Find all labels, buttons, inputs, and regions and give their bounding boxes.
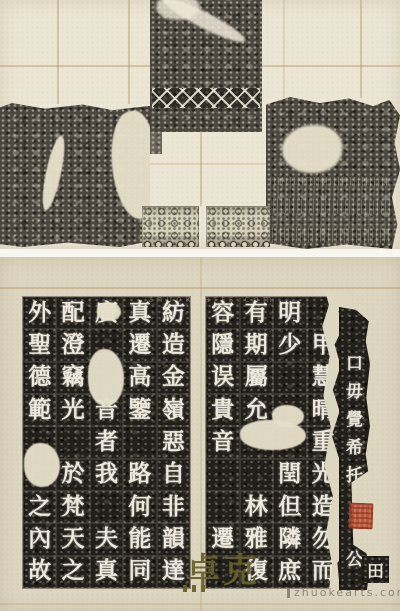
- glyph-cell: 隣: [273, 523, 307, 555]
- glyph-cell: [123, 426, 156, 458]
- glyph-cell: 嶺: [157, 394, 190, 426]
- watermark-logo: 卓克: [186, 554, 260, 588]
- fold-line: [128, 0, 130, 104]
- glyph-cell: 造: [157, 329, 190, 361]
- glyph-cell: [240, 459, 274, 491]
- glyph-cell: 梵: [56, 491, 89, 523]
- scroll-frieze-left: [142, 206, 199, 247]
- watermark-site-text: zhuokearts.com: [294, 586, 400, 599]
- glyph-cell: 光: [56, 394, 89, 426]
- glyph-cell: 故: [23, 556, 56, 588]
- glyph-cell: 閏: [273, 459, 307, 491]
- inscription-right-block: 容隱误貴音遷 有期屬允林雅復 明少閏但隣庶 甲慧晴重光造勿而: [206, 297, 340, 588]
- glyph-cell: 我: [90, 459, 123, 491]
- glyph-cell: 鑒: [123, 394, 156, 426]
- glyph-cell: 庶: [273, 556, 307, 588]
- glyph-cell: [206, 491, 240, 523]
- inscription-rubbing-sheet: zhuokearts.com 外聖德範之內故 配澄竊光於梵天之 廣音者我夫真 真…: [0, 257, 400, 611]
- glyph-cell: 澄: [56, 329, 89, 361]
- glyph-cell: 惡: [157, 426, 190, 458]
- glyph-cell: 期: [240, 329, 274, 361]
- sheet-separator: [0, 249, 400, 257]
- glyph-cell: 能: [123, 523, 156, 555]
- diamond-ornament-band: [152, 88, 260, 108]
- glyph-cell: 內: [23, 523, 56, 555]
- glyph-cell: 音: [206, 426, 240, 458]
- carved-drapery-texture: [270, 177, 390, 243]
- inscription-left-block: 外聖德範之內故 配澄竊光於梵天之 廣音者我夫真 真遷高鑒路何能同 紡造金嶺惡自非…: [23, 297, 190, 588]
- watermark-overlay-text: zhuokearts.com: [148, 295, 368, 305]
- damage-patch: [272, 405, 304, 427]
- glyph-cell: 少: [273, 329, 307, 361]
- collector-seal: [349, 503, 374, 530]
- fold-line: [283, 0, 285, 98]
- fold-line: [200, 128, 202, 206]
- fold-line: [148, 163, 270, 165]
- glyph-cell: 屬: [240, 362, 274, 394]
- glyph-cell: 貴: [206, 394, 240, 426]
- glyph-cell: 但: [273, 491, 307, 523]
- damage-spot: [282, 125, 342, 173]
- glyph-cell: 何: [123, 491, 156, 523]
- glyph-cell: 之: [56, 556, 89, 588]
- ink-fragment: 田: [362, 556, 389, 583]
- top-rubbing-sheet: [0, 0, 400, 249]
- glyph-cell: 竊: [56, 362, 89, 394]
- fold-line: [0, 603, 400, 605]
- arch-ornament-row: [206, 236, 270, 247]
- glyph-cell: 希: [339, 434, 370, 462]
- glyph-cell: 配: [56, 297, 89, 329]
- glyph-cell: 托: [339, 462, 370, 490]
- glyph-cell: 同: [123, 556, 156, 588]
- right-rubbing-block: [266, 97, 400, 249]
- glyph-cell: 高: [123, 362, 156, 394]
- glyph-cell: 之: [23, 491, 56, 523]
- glyph-column: 容隱误貴音遷: [206, 297, 240, 588]
- glyph-cell: 自: [157, 459, 190, 491]
- logo-glyphs: 卓克: [186, 554, 260, 588]
- glyph-column: 真遷高鑒路何能同: [123, 297, 156, 588]
- fold-line: [360, 0, 362, 98]
- glyph-cell: 夫: [90, 523, 123, 555]
- glyph-cell: 非: [157, 491, 190, 523]
- glyph-cell: 聖: [23, 329, 56, 361]
- glyph-cell: 天: [56, 523, 89, 555]
- left-rubbing-block: [0, 103, 150, 247]
- glyph-cell: 误: [206, 362, 240, 394]
- glyph-cell: 德: [23, 362, 56, 394]
- glyph-cell: 覺: [339, 406, 370, 434]
- glyph-column: 廣音者我夫真: [90, 297, 123, 588]
- glyph-cell: [90, 491, 123, 523]
- watermark-site: zhuokearts.com: [287, 586, 400, 599]
- glyph-cell: 口: [339, 350, 370, 378]
- glyph-cell: [273, 362, 307, 394]
- glyph-cell: 範: [23, 394, 56, 426]
- glyph-cell: 路: [123, 459, 156, 491]
- glyph-column: 配澄竊光於梵天之: [56, 297, 89, 588]
- damage-crack: [38, 134, 68, 211]
- glyph-cell: 隱: [206, 329, 240, 361]
- glyph-column: 紡造金嶺惡自非韻達: [157, 297, 190, 588]
- glyph-cell: 遷: [123, 329, 156, 361]
- glyph-cell: 者: [90, 426, 123, 458]
- damage-patch: [24, 443, 60, 487]
- glyph-cell: 金: [157, 362, 190, 394]
- stele-head-rubbing: [150, 0, 262, 132]
- glyph-cell: 外: [23, 297, 56, 329]
- glyph-cell: 毋: [339, 378, 370, 406]
- damage-patch: [88, 349, 124, 406]
- logo-ticks: [183, 585, 210, 592]
- fold-line: [57, 0, 59, 104]
- arch-ornament-row: [142, 236, 199, 247]
- damage-streak: [159, 0, 248, 48]
- glyph-cell: 真: [90, 556, 123, 588]
- scroll-frieze-right: [206, 206, 270, 247]
- rubbing-photo: zhuokearts.com 外聖德範之內故 配澄竊光於梵天之 廣音者我夫真 真…: [0, 0, 400, 611]
- torn-edge-column: 口毋覺希托公: [339, 307, 370, 590]
- glyph-cell: [206, 459, 240, 491]
- damage-patch: [97, 302, 121, 321]
- bar-icon: [287, 588, 290, 598]
- glyph-cell: [56, 426, 89, 458]
- glyph-cell: 林: [240, 491, 274, 523]
- ink-fragment: [150, 130, 162, 154]
- glyph-cell: 於: [56, 459, 89, 491]
